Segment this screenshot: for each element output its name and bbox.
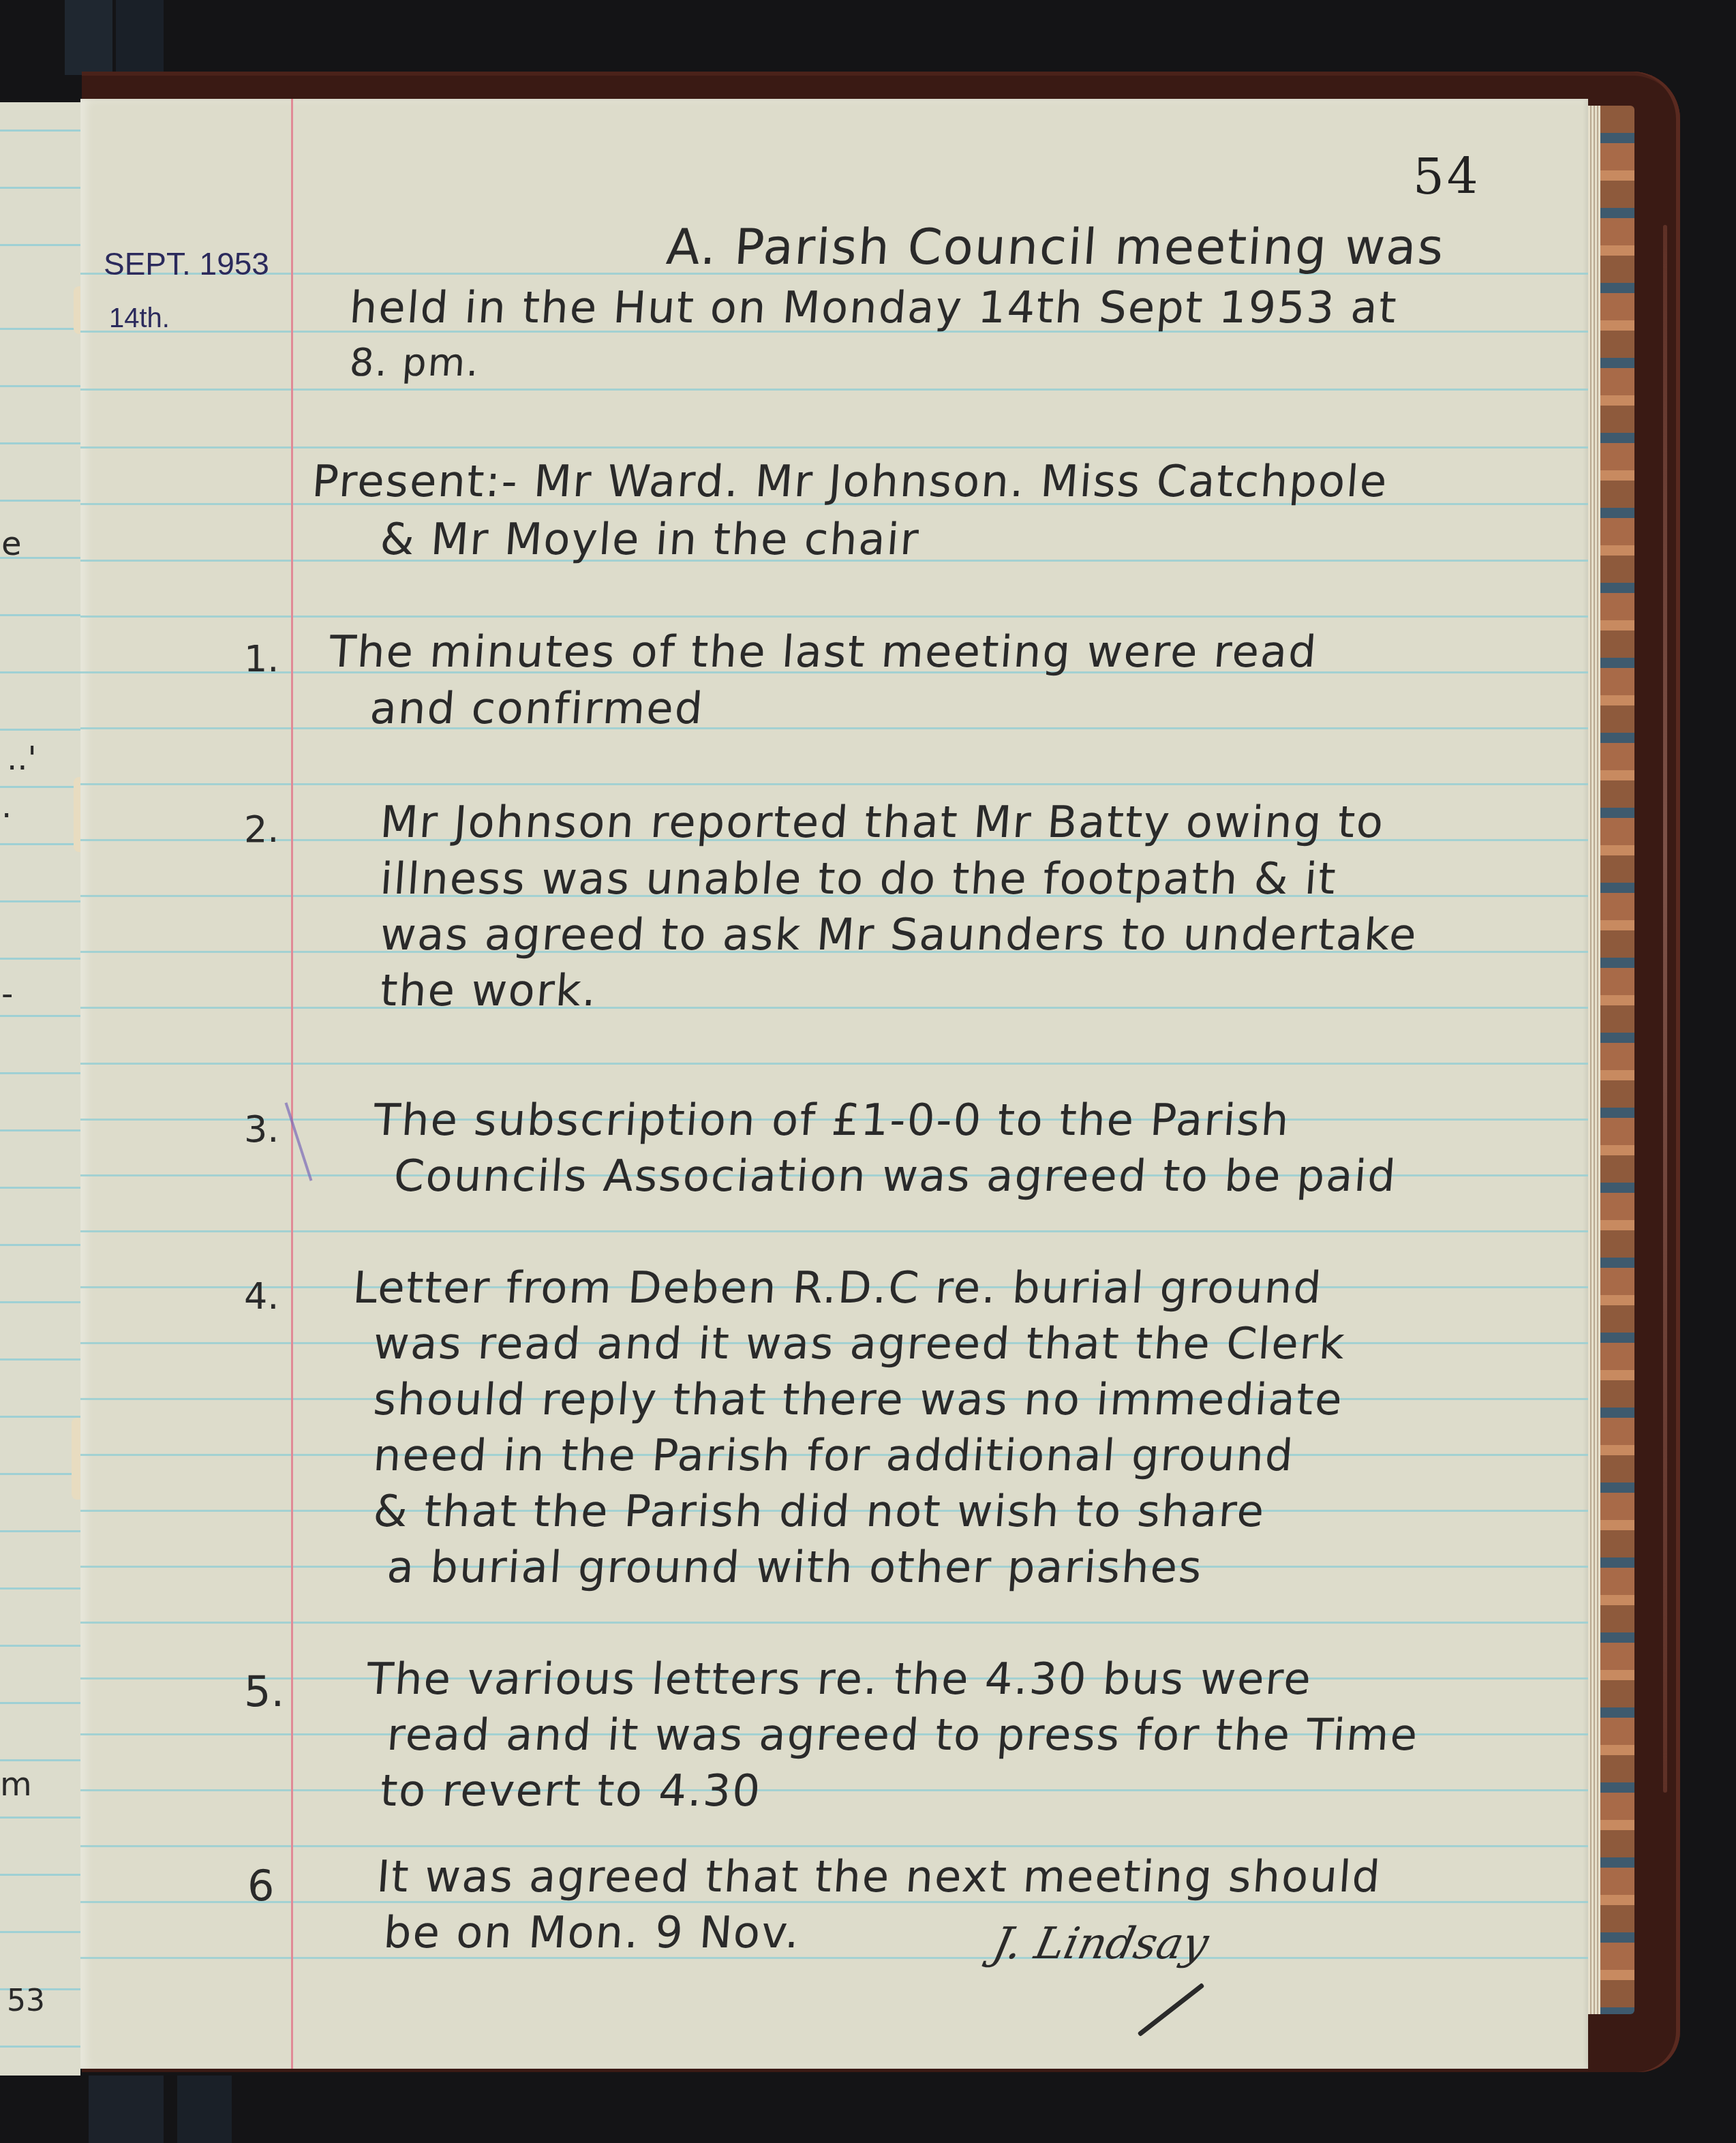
signature-underline-stroke <box>1138 1983 1205 2037</box>
item-number: 1. <box>244 637 279 680</box>
previous-page-fragment: . <box>1 787 12 825</box>
item-line: The minutes of the last meeting were rea… <box>327 627 1319 678</box>
ruled-line <box>80 1957 1588 1959</box>
ruled-line <box>80 389 1588 391</box>
present-line: & Mr Moyle in the chair <box>378 515 921 565</box>
item-line: & that the Parish did not wish to share <box>371 1487 1266 1537</box>
signature: J. Lindsay <box>988 1919 1213 1969</box>
item-number: 3. <box>244 1108 279 1151</box>
item-line: to revert to 4.30 <box>378 1766 763 1817</box>
background-binder-strip <box>116 0 164 75</box>
heading-line: 8. pm. <box>348 341 482 385</box>
item-line: read and it was agreed to press for the … <box>385 1710 1420 1761</box>
pencil-tick-mark <box>285 1102 313 1181</box>
heading-line: held in the Hut on Monday 14th Sept 1953… <box>348 283 1399 333</box>
item-number: 6 <box>247 1861 274 1911</box>
item-line: should reply that there was no immediate <box>371 1375 1345 1425</box>
previous-page-fragment: ..' <box>7 740 37 778</box>
previous-page-fragment: - <box>1 975 13 1013</box>
item-number: 5. <box>244 1667 284 1716</box>
item-line: be on Mon. 9 Nov. <box>382 1908 802 1958</box>
item-line: It was agreed that the next meeting shou… <box>375 1852 1383 1902</box>
heading-line: A. Parish Council meeting was <box>665 218 1446 275</box>
ruled-line <box>80 1007 1588 1009</box>
ruled-line <box>80 1789 1588 1791</box>
previous-page-fragment: m <box>0 1765 32 1804</box>
item-line: a burial ground with other parishes <box>385 1542 1204 1593</box>
background-binder-strip <box>177 2076 232 2143</box>
item-line: Letter from Deben R.D.C re. burial groun… <box>351 1263 1324 1313</box>
cover-edge-highlight <box>1663 225 1667 1793</box>
red-margin-line <box>291 99 293 2069</box>
item-line: illness was unable to do the footpath & … <box>378 854 1338 905</box>
margin-date-day: 14th. <box>109 303 170 334</box>
item-line: and confirmed <box>368 684 705 734</box>
item-line: The various letters re. the 4.30 bus wer… <box>365 1654 1313 1705</box>
item-line: was read and it was agreed that the Cler… <box>371 1319 1347 1369</box>
item-line: was agreed to ask Mr Saunders to underta… <box>378 910 1419 960</box>
background-binder-strip <box>89 2076 164 2143</box>
previous-page-fragment: e <box>1 525 22 563</box>
notebook-page: 54 SEPT. 1953 14th. A. Parish Council me… <box>80 99 1588 2069</box>
page-number: 54 <box>1413 148 1481 205</box>
ruled-line <box>80 615 1588 618</box>
ruled-line <box>80 727 1588 729</box>
previous-page-number: 53 <box>7 1984 45 2018</box>
ruled-line <box>80 1230 1588 1232</box>
ruled-line <box>80 1622 1588 1624</box>
previous-page: e ..' . - m 53 <box>0 102 80 2076</box>
item-line: Councils Association was agreed to be pa… <box>392 1151 1398 1202</box>
item-line: the work. <box>378 966 599 1016</box>
item-line: Mr Johnson reported that Mr Batty owing … <box>378 797 1386 848</box>
item-line: need in the Parish for additional ground <box>371 1431 1296 1481</box>
item-line: The subscription of £1-0-0 to the Parish <box>371 1095 1292 1146</box>
ruled-line <box>80 446 1588 449</box>
ruled-line <box>80 1063 1588 1065</box>
item-number: 2. <box>244 808 279 851</box>
ruled-line <box>80 783 1588 785</box>
background-binder-strip <box>65 0 112 75</box>
ruled-line <box>80 1845 1588 1847</box>
item-number: 4. <box>244 1275 279 1318</box>
page-stack-edges <box>1588 106 1634 2014</box>
present-line: Present:- Mr Ward. Mr Johnson. Miss Catc… <box>310 457 1390 507</box>
margin-date-month-year: SEPT. 1953 <box>104 245 269 282</box>
